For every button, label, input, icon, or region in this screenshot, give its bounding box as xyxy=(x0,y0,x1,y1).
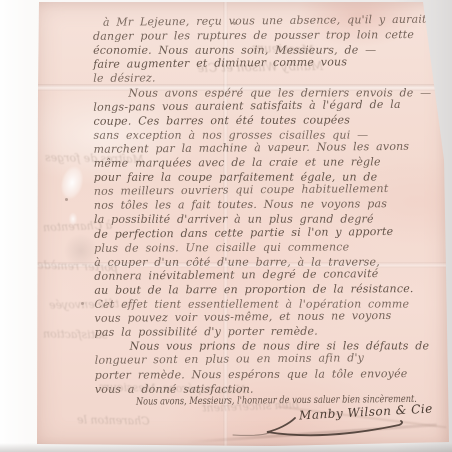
letter-line: la possibilité d'arriver à un plus grand… xyxy=(94,213,374,226)
letter-line: nos meilleurs ouvriers qui coupe habitue… xyxy=(94,182,389,198)
photo-canvas: N MessieursManby Wilson et CieMaîtres de… xyxy=(0,0,452,452)
letter-line: longs-pans vous auraient satisfaits à l'… xyxy=(93,97,400,113)
letter-text-layer: à Mr Lejeune, reçu vous une absence, qu'… xyxy=(36,1,450,447)
letter-line: porter remède. Nous espérons que la tôle… xyxy=(95,367,408,382)
letter-line: danger pour les ruptures de pousser trop… xyxy=(93,28,414,43)
letter-line: même marquées avec de la craie et une rè… xyxy=(94,155,381,170)
photo-bottom-shadow xyxy=(0,443,452,452)
letter-line: longueur sont en plus ou en moins afin d… xyxy=(95,352,364,368)
letter-line: nos tôles les a fait toutes. Nous ne voy… xyxy=(94,198,387,213)
letter-line: plus de soins. Une cisaille qui commence xyxy=(94,240,349,255)
letter-line: au bout de la barre en proportion de la … xyxy=(94,282,413,297)
letter-line: vous pouvez voir vous-même, et nous ne v… xyxy=(94,309,391,325)
letter-line: coupe. Ces barres ont été toutes coupées xyxy=(93,113,350,128)
letter-line: pas la possibilité d'y porter remède. xyxy=(95,325,318,339)
letter-line: le désirez. xyxy=(93,72,156,86)
letter-line: à Mr Lejeune, reçu vous une absence, qu'… xyxy=(103,13,427,29)
letter-paper: MessieursManby Wilson et CieMaîtres de f… xyxy=(37,2,449,446)
letter-line: marchent par la machine à vapeur. Nous l… xyxy=(94,140,410,156)
letter-line: donnera inévitablement un degré de conca… xyxy=(94,267,378,283)
letter-line: vous a donné satisfaction. xyxy=(95,382,254,395)
letter-line: faire augmenter et diminuer comme vous xyxy=(93,56,347,72)
letter-line: de perfection dans cette partie si l'on … xyxy=(94,224,393,240)
